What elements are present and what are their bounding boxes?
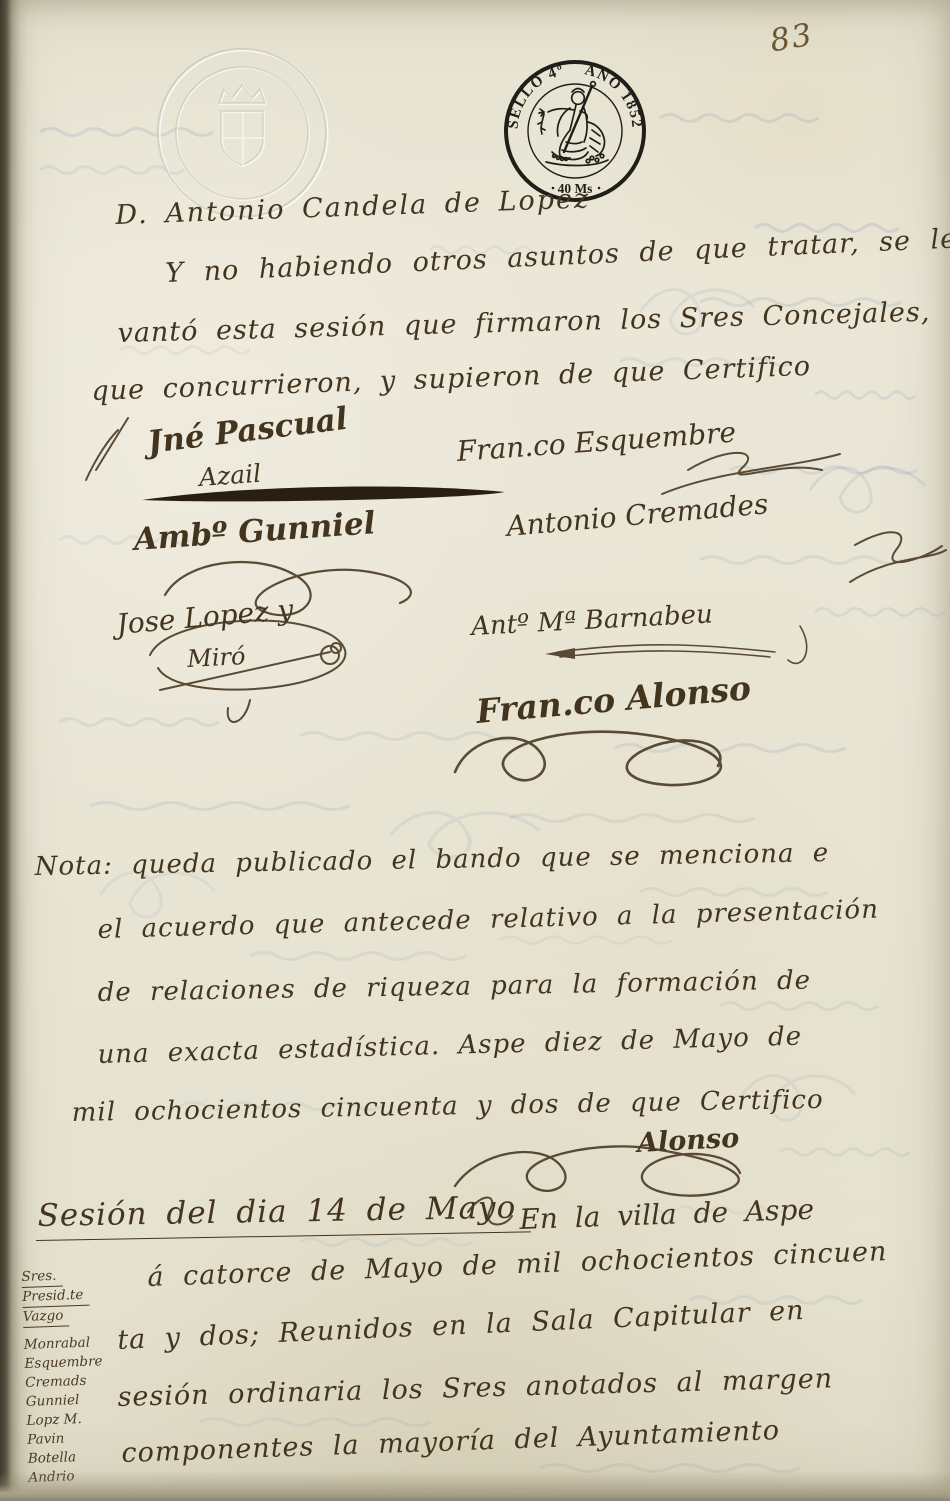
page-bottom-edge xyxy=(0,1471,950,1501)
nota-line: mil ochocientos cincuenta y dos de que C… xyxy=(71,1085,823,1128)
signature-rubric-flourish xyxy=(545,648,575,659)
signature-flourish xyxy=(455,732,721,785)
svg-text:SELLO 4º: SELLO 4º xyxy=(505,63,565,130)
signature-name-second-line: Miró xyxy=(187,642,247,673)
stamp-left-text: SELLO 4º xyxy=(505,63,565,130)
signature-name: Fran.co Esquembre xyxy=(456,416,737,468)
stamp-right-text: AÑO 1852. xyxy=(500,56,645,129)
margin-attendee: Presid.te xyxy=(22,1286,90,1308)
session-heading-continuation: En la villa de Aspe xyxy=(519,1193,815,1236)
svg-text:AÑO 1852.: AÑO 1852. xyxy=(500,56,645,129)
signature-rubric-flourish xyxy=(850,532,946,582)
session-line: ta y dos; Reunidos en la Sala Capitular … xyxy=(117,1295,806,1356)
signature-name-second-line: Azail xyxy=(198,459,262,492)
closing-line: Y no habiendo otros asuntos de que trata… xyxy=(165,223,950,289)
session-line: á catorce de Mayo de mil ochocientos cin… xyxy=(147,1236,888,1293)
signature-name: Ambº Gunniel xyxy=(132,505,376,558)
signature-name: Antº Mª Barnabeu xyxy=(470,599,713,642)
session-line: componentes la mayoría del Ayuntamiento xyxy=(121,1415,781,1469)
session-line: sesión ordinaria los Sres anotados al ma… xyxy=(117,1363,833,1413)
signature-flourish xyxy=(321,646,339,664)
signature-name: Jose Lopez y xyxy=(115,593,295,641)
closing-line: vantó esta sesión que firmaron los Sres … xyxy=(117,297,931,349)
closing-line: que concurrieron, y supieron de que Cert… xyxy=(91,351,812,407)
nota-line: Nota: queda publicado el bando que se me… xyxy=(34,838,829,882)
page-number: 83 xyxy=(767,17,816,60)
signature-name: Fran.co Alonso xyxy=(475,668,753,731)
stamp-allegory-figure-icon xyxy=(538,82,608,166)
nota-line: una exacta estadística. Aspe diez de May… xyxy=(97,1022,802,1070)
signature-name: Antonio Cremades xyxy=(505,487,769,543)
manuscript-page: SELLO 4º AÑO 1852. 40 Ms xyxy=(0,0,950,1501)
margin-attendee: Sres. xyxy=(21,1267,63,1288)
signature-flourish xyxy=(331,643,341,653)
session-heading: Sesión del dia 14 de Mayo xyxy=(35,1189,530,1241)
signature-flourish xyxy=(86,418,128,480)
nota-signature: Alonso xyxy=(636,1123,740,1159)
signature-name: Jné Pascual xyxy=(146,401,350,461)
nota-line: el acuerdo que antecede relativo a la pr… xyxy=(97,895,879,945)
margin-attendee: Vazgo xyxy=(23,1306,70,1328)
signature-heavy-underline xyxy=(142,486,505,501)
margin-attendee-list: Sres. Presid.te Vazgo Monrabal Esquembre… xyxy=(21,1264,139,1488)
closing-line: D. Antonio Candela de Lopez xyxy=(115,183,591,231)
nota-line: de relaciones de riqueza para la formaci… xyxy=(97,966,811,1008)
